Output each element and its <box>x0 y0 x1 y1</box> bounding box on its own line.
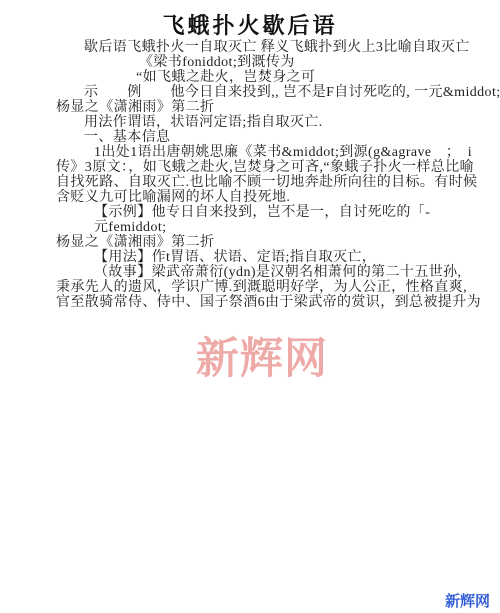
paragraph-story: 官至散骑常侍、侍中、国子祭酒6由于梁武帝的赏识，到总被提升为 <box>56 295 456 310</box>
paragraph-definition: 歇后语飞蛾扑火一自取灭亡 释义飞蛾扑到火上3比喻自取灭亡 <box>56 40 456 55</box>
paragraph-usage: 【用法】作t胃语、状语、定语;指自取灭亡， <box>56 250 456 265</box>
document-body: 歇后语飞蛾扑火一自取灭亡 释义飞蛾扑到火上3比喻自取灭亡 《梁书foniddot… <box>0 40 500 310</box>
paragraph-source-quote: “如飞蛾之赴火，岂焚身之可 <box>56 70 456 85</box>
watermark-center: 新辉网 <box>196 336 328 382</box>
paragraph-story: （故事】梁武帝萧衍(ydn)是汉朝名相萧何的第二十五世孙, <box>56 265 456 280</box>
paragraph-example: 示 例 他今日自来投到,, 岂不是F自讨死吃的, 一元&middot; <box>56 85 456 100</box>
paragraph-origin: 1出处1语出唐朝姚思廉《菜书&middot;到源(g&agrave ； i <box>56 145 456 160</box>
paragraph-example: 【示例】他专日自来投到，岂不是一，自讨死吃的「- <box>56 205 456 220</box>
document-page: 飞蛾扑火歇后语 歇后语飞蛾扑火一自取灭亡 释义飞蛾扑到火上3比喻自取灭亡 《梁书… <box>0 0 500 613</box>
paragraph-origin: 传》3原文：，如飞蛾之赴火,岂焚身之可吝,“象蛾子扑火一样总比喻 <box>56 160 456 175</box>
paragraph-attribution: 杨显之《潇湘雨》第二折 <box>56 100 456 115</box>
watermark-site-logo: 新辉网 <box>445 594 490 610</box>
paragraph-origin: 自找死路、自取灭亡.也比喻不顾一切地奔赴所向往的目标。有时候 <box>56 175 456 190</box>
paragraph-usage: 用法作谓语，状语河定语;指自取灭亡. <box>56 115 456 130</box>
section-heading: 一、基本信息 <box>56 130 456 145</box>
paragraph-attribution: 杨显之《潇湘雨》第二折 <box>56 235 456 250</box>
document-title: 飞蛾扑火歇后语 <box>0 0 500 40</box>
paragraph-story: 秉承先人的遗风，学识广博.到溉聪明好学，为人公正，性格直爽, <box>56 280 456 295</box>
paragraph-example: 元femiddot; <box>56 220 456 235</box>
paragraph-source-quote: 《梁书foniddot;到溉传为 <box>56 55 456 70</box>
paragraph-origin: 含贬义九可比喻漏网的坏人自投死地. <box>56 190 456 205</box>
